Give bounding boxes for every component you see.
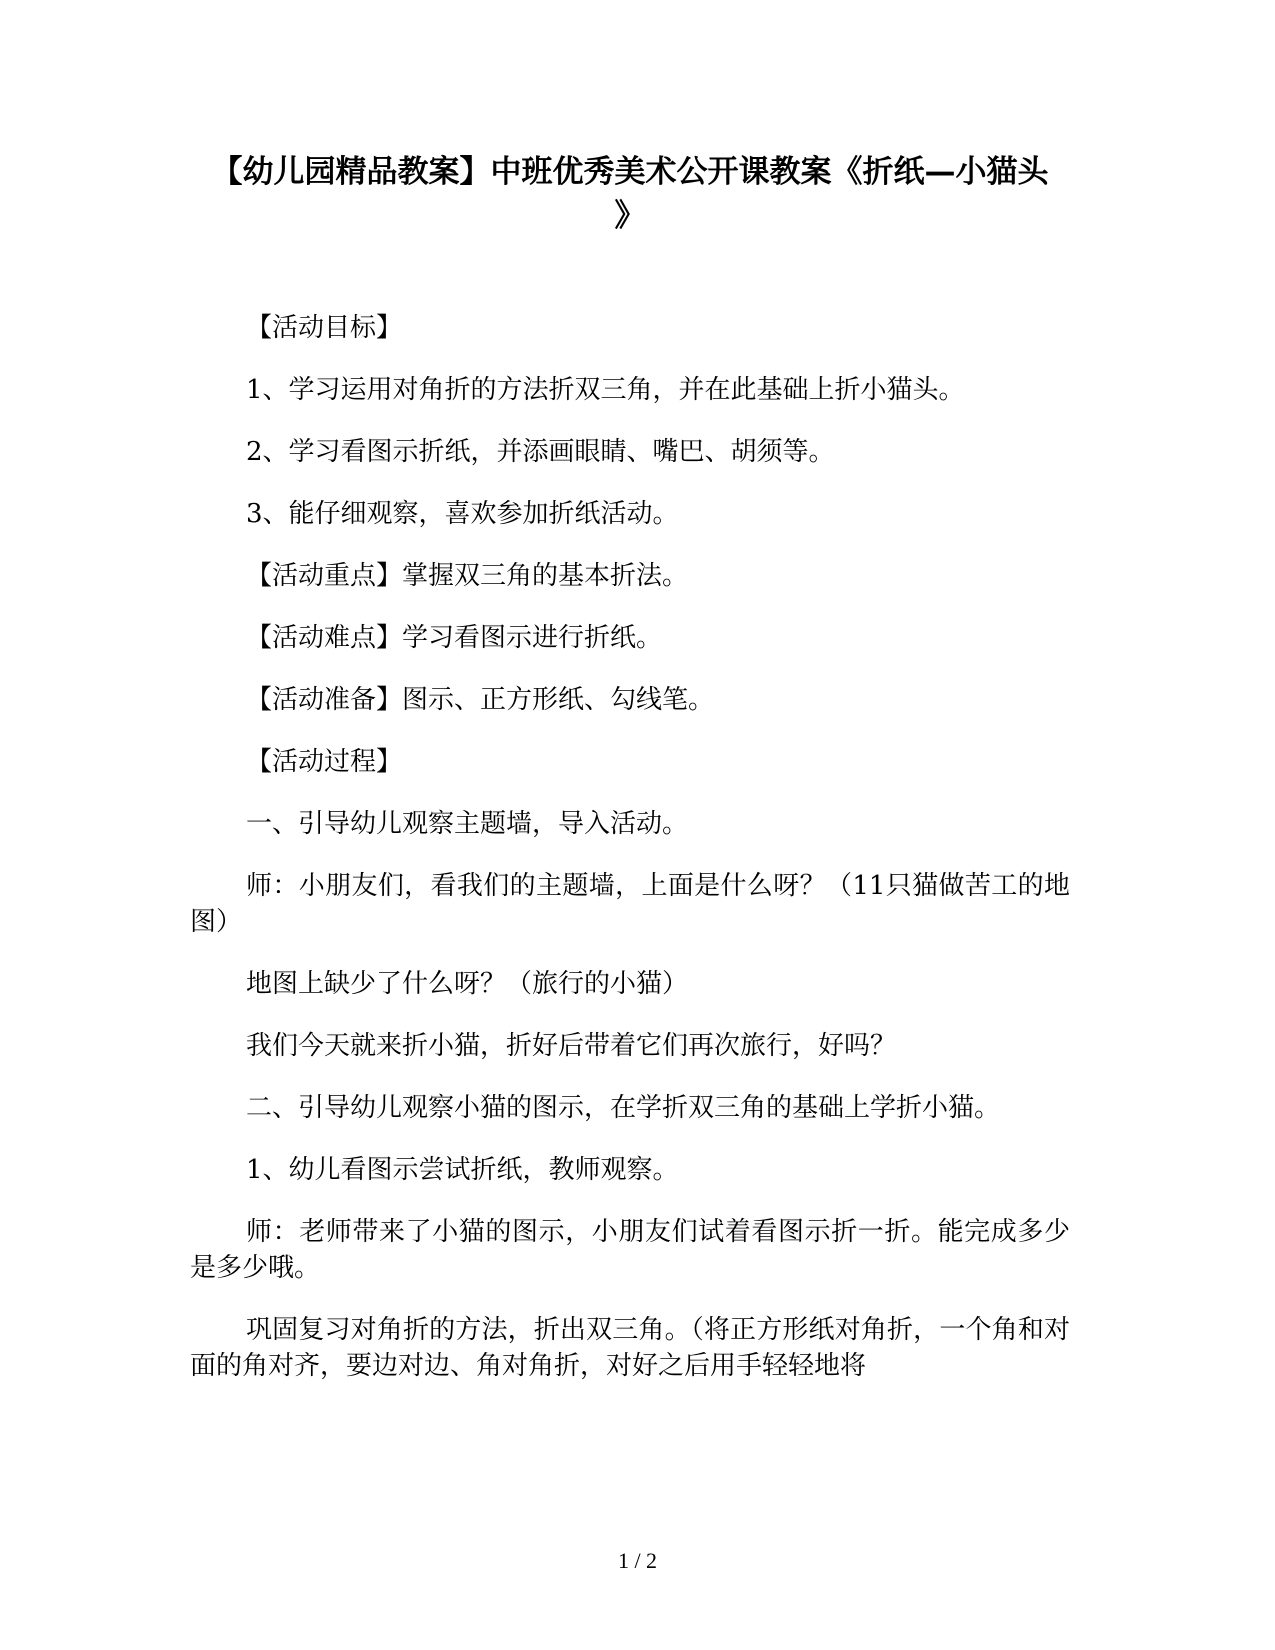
process-step-1: 一、引导幼儿观察主题墙，导入活动。 [190,806,1070,842]
substep-1: 1、幼儿看图示尝试折纸，教师观察。 [190,1152,1070,1188]
goal-item-3: 3、能仔细观察，喜欢参加折纸活动。 [190,496,1070,532]
page-number: 1 / 2 [0,1546,1275,1576]
document-page: 【幼儿园精品教案】中班优秀美术公开课教案《折纸—小猫头 》 【活动目标】 1、学… [0,0,1275,1650]
section-heading-goals: 【活动目标】 [190,310,1070,346]
title-line-1: 【幼儿园精品教案】中班优秀美术公开课教案《折纸—小猫头 [180,150,1080,194]
teacher-dialogue-4: 师：老师带来了小猫的图示，小朋友们试着看图示折一折。能完成多少是多少哦。 [190,1214,1070,1286]
preparation-paragraph: 【活动准备】图示、正方形纸、勾线笔。 [190,682,1070,718]
document-title: 【幼儿园精品教案】中班优秀美术公开课教案《折纸—小猫头 》 [180,150,1080,238]
teacher-dialogue-2: 地图上缺少了什么呀？（旅行的小猫） [190,966,1070,1002]
document-body: 【活动目标】 1、学习运用对角折的方法折双三角，并在此基础上折小猫头。 2、学习… [190,310,1070,1410]
review-paragraph: 巩固复习对角折的方法，折出双三角。（将正方形纸对角折，一个角和对面的角对齐，要边… [190,1312,1070,1384]
goal-item-1: 1、学习运用对角折的方法折双三角，并在此基础上折小猫头。 [190,372,1070,408]
goal-item-2: 2、学习看图示折纸，并添画眼睛、嘴巴、胡须等。 [190,434,1070,470]
key-point-paragraph: 【活动重点】掌握双三角的基本折法。 [190,558,1070,594]
section-heading-process: 【活动过程】 [190,744,1070,780]
title-line-2: 》 [180,194,1080,238]
teacher-dialogue-1: 师：小朋友们，看我们的主题墙，上面是什么呀？（11只猫做苦工的地图） [190,868,1070,940]
teacher-dialogue-3: 我们今天就来折小猫，折好后带着它们再次旅行，好吗？ [190,1028,1070,1064]
process-step-2: 二、引导幼儿观察小猫的图示，在学折双三角的基础上学折小猫。 [190,1090,1070,1126]
difficulty-paragraph: 【活动难点】学习看图示进行折纸。 [190,620,1070,656]
